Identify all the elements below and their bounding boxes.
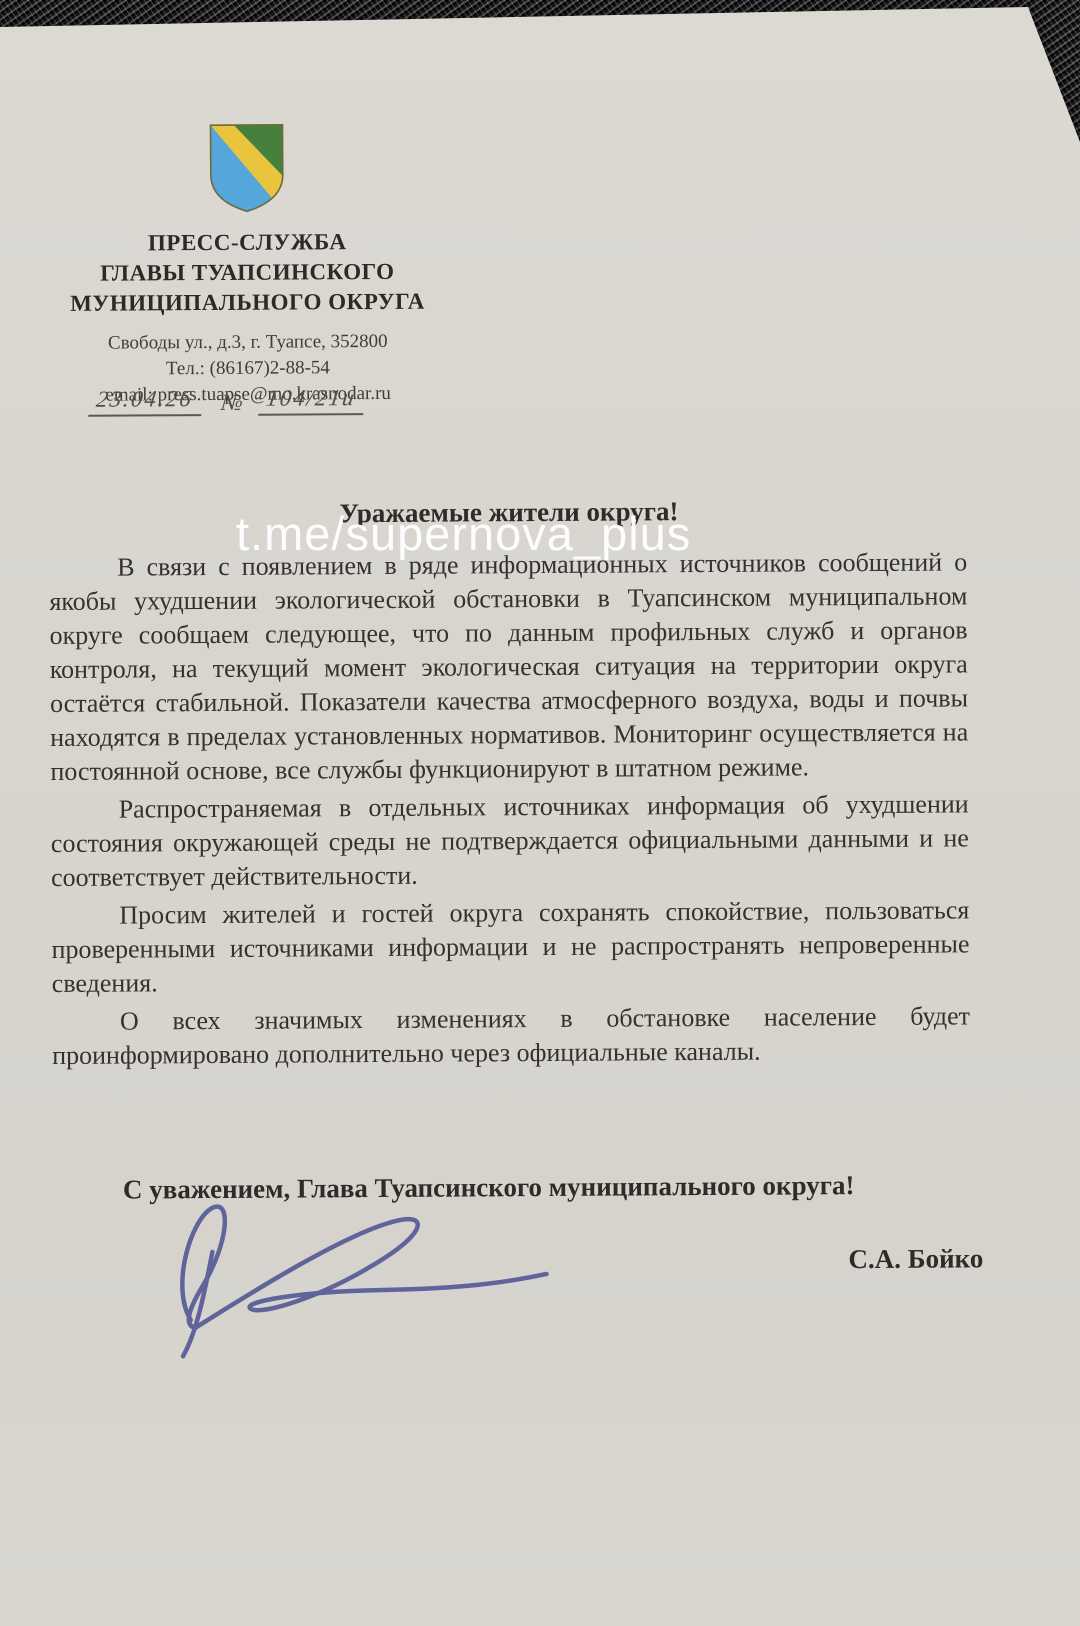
number-sign: №	[219, 390, 243, 416]
signer-name: С.А. Бойко	[848, 1243, 983, 1275]
paragraph-1: В связи с появлением в ряде информационн…	[49, 545, 968, 789]
date-number-line: 23.04.26 № 104/21и	[90, 385, 366, 417]
letter-body: В связи с появлением в ряде информационн…	[49, 545, 970, 1077]
paragraph-3: Просим жителей и гостей округа сохранять…	[51, 893, 970, 1001]
letter-photo: ПРЕСС-СЛУЖБА ГЛАВЫ ТУАПСИНСКОГО МУНИЦИПА…	[0, 0, 1080, 1626]
org-phone: Тел.: (86167)2-88-54	[56, 355, 440, 383]
coat-of-arms-icon	[206, 122, 287, 214]
handwritten-date: 23.04.26	[88, 386, 205, 417]
org-name-line2: ГЛАВЫ ТУАПСИНСКОГО	[55, 257, 439, 289]
watermark-text: t.me/supernova_plus	[236, 506, 691, 561]
handwritten-number: 104/21и	[258, 385, 367, 416]
signature-icon	[138, 1190, 569, 1363]
letter-content: ПРЕСС-СЛУЖБА ГЛАВЫ ТУАПСИНСКОГО МУНИЦИПА…	[0, 0, 1080, 1626]
org-name-line3: МУНИЦИПАЛЬНОГО ОКРУГА	[55, 287, 439, 319]
paragraph-2: Распространяемая в отдельных источниках …	[51, 787, 970, 895]
paper-sheet: ПРЕСС-СЛУЖБА ГЛАВЫ ТУАПСИНСКОГО МУНИЦИПА…	[0, 0, 1080, 1626]
org-name-line1: ПРЕСС-СЛУЖБА	[55, 227, 439, 259]
letterhead: ПРЕСС-СЛУЖБА ГЛАВЫ ТУАПСИНСКОГО МУНИЦИПА…	[54, 121, 440, 409]
paragraph-4: О всех значимых изменениях в обстановке …	[52, 999, 970, 1073]
org-address: Свободы ул., д.3, г. Туапсе, 352800	[56, 329, 440, 357]
